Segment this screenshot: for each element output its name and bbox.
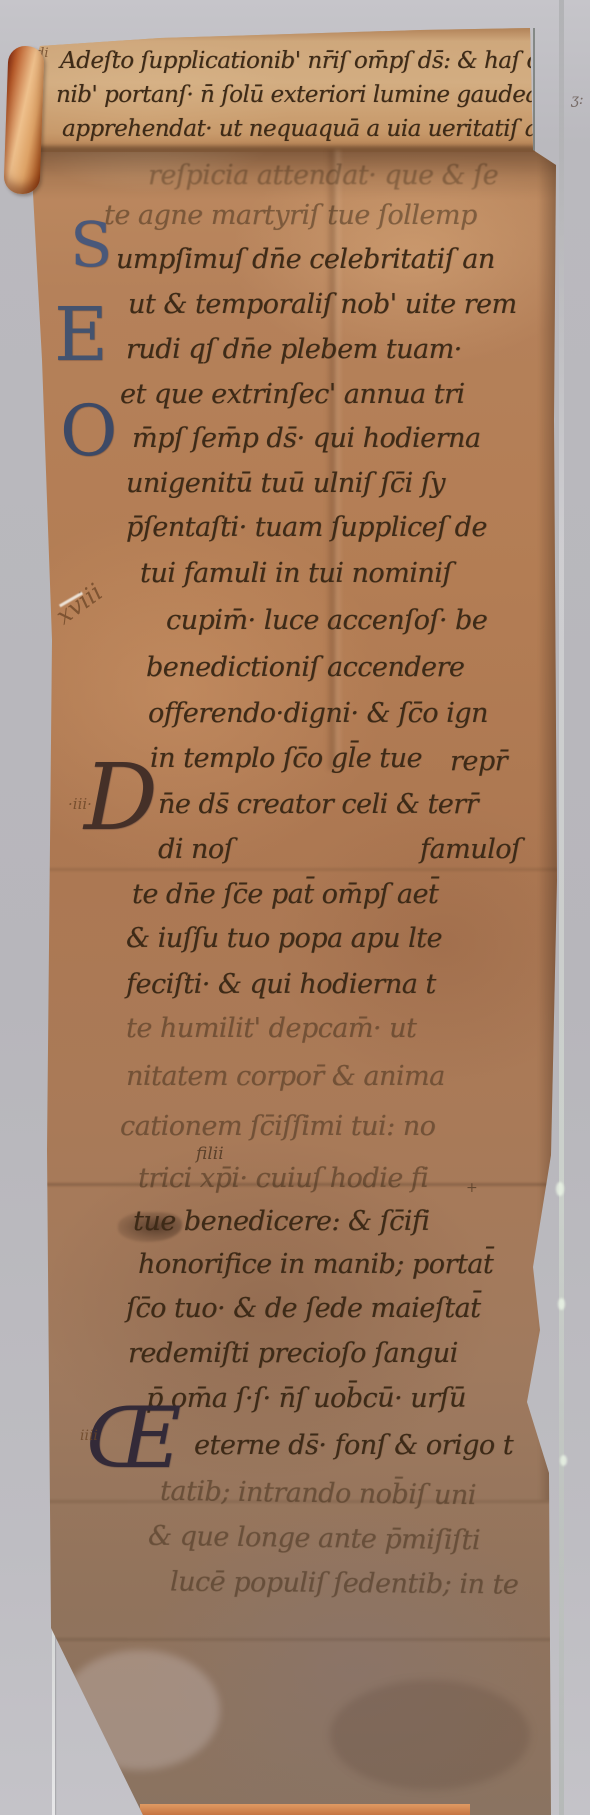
text-line: ſc̄o tuo· & de ſede maieſtat̄ [126,1293,481,1324]
glass-glint [560,1455,567,1466]
text-line: nib' portanſ· n̄ ſolū exteriori lumine g… [56,82,590,108]
surface-stain [330,1680,530,1790]
interlinear-gloss: filii [196,1144,224,1164]
illuminated-initial-O: O [60,396,117,466]
text-line: famuloſ [420,834,520,865]
surface-stain [60,1650,220,1770]
text-line: umpſimuſ dn̄e celebritatiſ an [116,244,495,275]
text-line: rudi qſ dn̄e plebem tuam· [126,334,462,365]
text-line: ut & temporaliſ nob' uite rem [128,289,517,320]
crease-line [40,868,560,871]
text-line: tue benedicere: & ſc̄ifi [133,1206,430,1237]
text-line: feciſti· & qui hodierna t [126,969,436,1000]
text-line: te humilit' depcam̄· ut [126,1013,416,1044]
text-line: cationem ſc̄iſſimi tui: no [120,1111,435,1142]
text-line: offerendo·digni· & ſc̄o ign [148,698,488,729]
parchment-fragment: Adeſto ſupplicationib' nr̄iſ om̄pſ ds̄: … [0,0,590,1815]
text-line: & iuſſu tuo popa apu lte [126,923,442,954]
margin-numeral-iiii: iiii [80,1428,98,1444]
cross-mark: + [466,1180,478,1196]
manuscript-photo: ʒ: Adeſto ſupplicationib' nr̄iſ om̄pſ ds… [0,0,590,1815]
illuminated-initial-D: D [84,752,158,844]
text-line: lucē populiſ ſedentib; in te [170,1566,519,1600]
text-line: Adeſto ſupplicationib' nr̄iſ om̄pſ ds̄: … [60,48,590,74]
glass-glint [556,1182,564,1196]
text-line: m̄pſ ſem̄p ds̄· qui hodierna [132,423,481,454]
curled-parchment-edge [3,45,44,194]
text-line: p̄ſentaſti· tuam ſuppliceſ de [126,512,487,543]
text-line: eterne ds̄· fonſ & origo t [194,1430,513,1461]
margin-numeral-iii: ·iii· [68,795,92,813]
text-line: n̄e ds̄ creator celi & terr̄ [158,789,478,820]
bottom-edge-strip [140,1804,470,1815]
text-line: p̄ om̄a ſ·ſ· n̄ſ uob̄cū· urſū [146,1383,466,1414]
text-line: repr̄ [450,746,507,777]
illuminated-initial-S: S [70,214,112,276]
glass-glint [558,1298,565,1310]
crease-line [40,1638,560,1641]
text-line: & que longe ante p̄miſiſti [148,1521,480,1557]
text-line: apprehendat· ut nequaquā a uia ueritatiſ… [62,116,552,142]
text-line: tui famuli in tui nominiſ [140,558,452,589]
illuminated-initial-E: E [54,298,108,372]
vd-monogram-initial: Œ [86,1396,182,1480]
glass-mount-edge-right [559,0,564,1815]
text-line: honorifice in manib; portat̄ [138,1249,493,1280]
text-line: trici xp̄i· cuiuſ hodie fi [138,1163,428,1194]
text-line: cupim̄· luce accenſoſ· be [166,605,487,636]
text-line: reſpicia attendat· que & ſe [148,160,498,191]
text-line: tatib; intrando nob̄iſ uni [160,1476,476,1511]
text-line: unigenitū tuū ulniſ ſc̄i ſy [126,468,445,499]
text-line: benedictioniſ accendere [146,652,464,683]
text-line: et que extrinſec' annua tri [120,379,465,410]
text-line: di noſ [158,834,233,865]
text-line: in templo ſc̄o gl̄e tue [150,743,422,774]
right-edge-shadow [538,150,558,1500]
text-line: nitatem corpor̄ & anima [126,1061,445,1092]
text-line: te agne martyriſ tue ſollemp [104,200,477,231]
text-line: te dn̄e ſc̄e pat̄ om̄pſ aet̄ [132,879,438,910]
edge-text-fragment: ʒ: [571,92,584,108]
glass-mount-edge-top-right [533,28,535,154]
text-line: redemiſti precioſo ſangui [128,1338,458,1369]
